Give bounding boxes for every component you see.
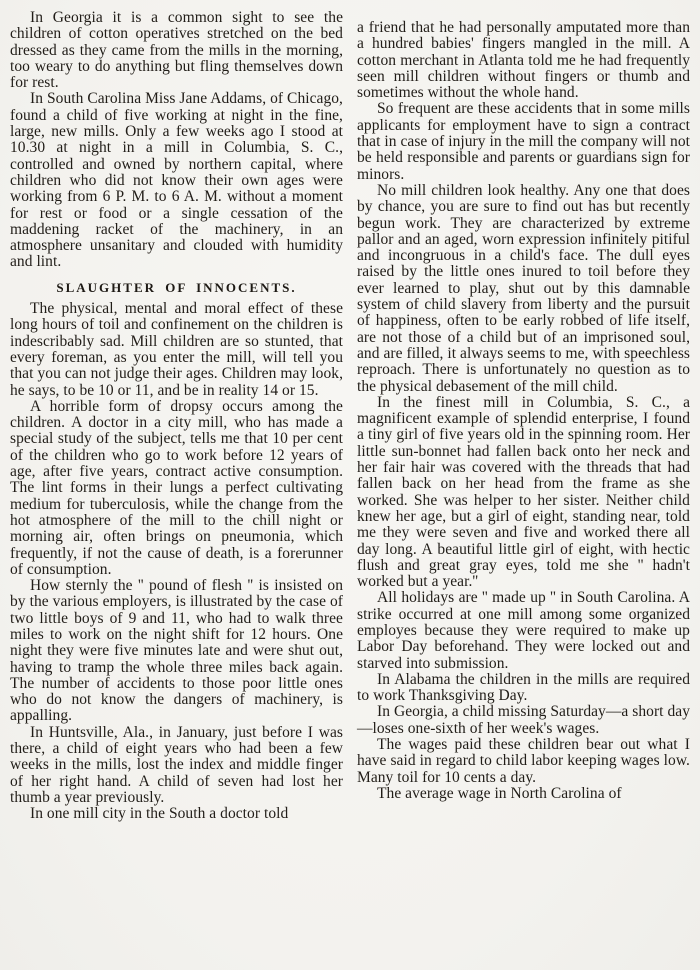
paragraph: In one mill city in the South a doctor t… <box>10 806 343 822</box>
paragraph: The physical, mental and moral effect of… <box>10 301 343 399</box>
paragraph: In Alabama the children in the mills are… <box>357 672 690 705</box>
paragraph: A horrible form of dropsy occurs among t… <box>10 399 343 578</box>
section-heading: SLAUGHTER OF INNOCENTS. <box>16 280 337 296</box>
scanned-page: In Georgia it is a common sight to see t… <box>0 0 700 970</box>
paragraph: In Georgia it is a common sight to see t… <box>10 10 343 91</box>
paragraph: So frequent are these accidents that in … <box>357 101 690 182</box>
paragraph: The average wage in North Carolina of <box>357 786 690 802</box>
paragraph: No mill children look healthy. Any one t… <box>357 183 690 395</box>
paragraph: In Huntsville, Ala., in January, just be… <box>10 725 343 806</box>
column-left: In Georgia it is a common sight to see t… <box>10 10 343 970</box>
paragraph: In Georgia, a child missing Saturday—a s… <box>357 704 690 737</box>
paragraph: How sternly the '' pound of flesh '' is … <box>10 578 343 725</box>
paragraph: In the finest mill in Columbia, S. C., a… <box>357 395 690 591</box>
paragraph: a friend that he had personally amputate… <box>357 20 690 101</box>
paragraph: All holidays are '' made up '' in South … <box>357 590 690 671</box>
paragraph: In South Carolina Miss Jane Addams, of C… <box>10 91 343 270</box>
column-right: a friend that he had personally amputate… <box>357 10 690 970</box>
paragraph: The wages paid these children bear out w… <box>357 737 690 786</box>
